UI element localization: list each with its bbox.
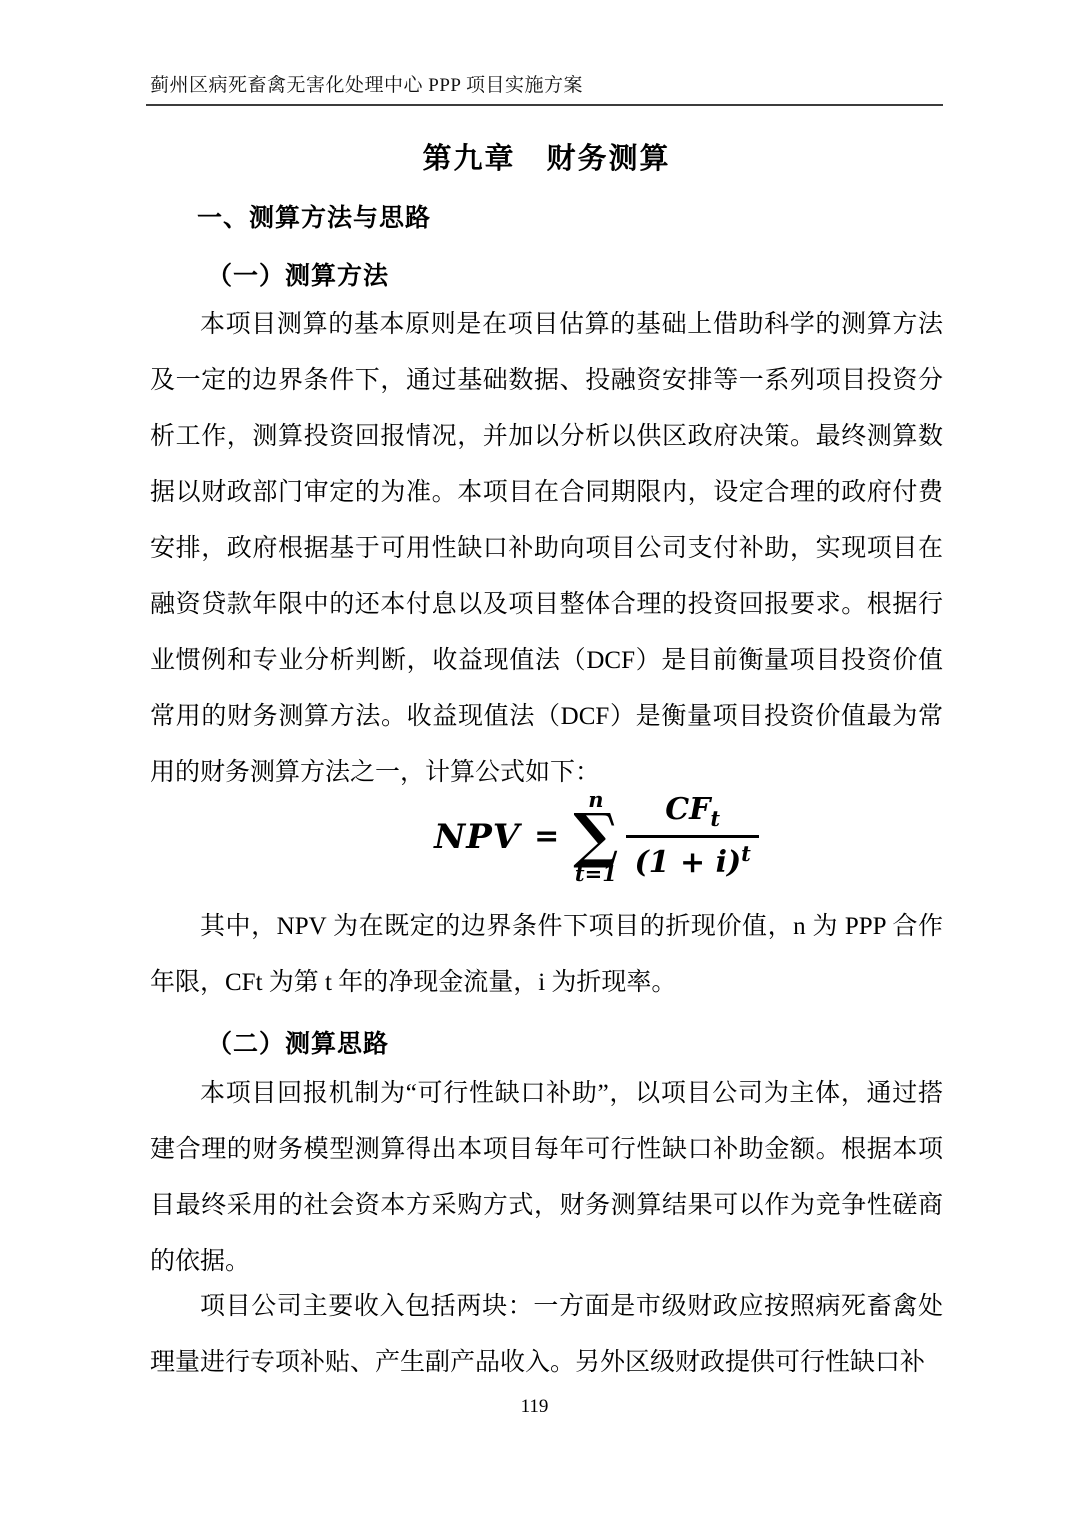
fraction-denominator: (1 + i)t: [626, 835, 758, 878]
body-paragraph-3: 本项目回报机制为“可行性缺口补助”，以项目公司为主体，通过搭建合理的财务模型测算…: [150, 1066, 943, 1290]
page-number: 119: [0, 1396, 1069, 1418]
sigma-symbol: ∑: [573, 811, 618, 862]
body-paragraph-2: 其中，NPV 为在既定的边界条件下项目的折现价值，n 为 PPP 合作年限，CF…: [150, 899, 943, 1011]
document-page: 蓟州区病死畜禽无害化处理中心 PPP 项目实施方案 第九章 财务测算 一、测算方…: [0, 0, 1069, 1514]
body-paragraph-4: 项目公司主要收入包括两块：一方面是市级财政应按照病死畜禽处理量进行专项补贴、产生…: [150, 1279, 943, 1391]
subsection-heading-1: （一）测算方法: [150, 256, 1000, 292]
header-title: 蓟州区病死畜禽无害化处理中心 PPP 项目实施方案: [146, 70, 943, 97]
npv-formula: NPV = n ∑ t=1 CFt (1 + i)t: [150, 788, 943, 885]
subsection-heading-2: （二）测算思路: [150, 1024, 1000, 1060]
numerator-base: CF: [665, 792, 710, 827]
formula-equals: =: [534, 819, 559, 854]
body-paragraph-1: 本项目测算的基本原则是在项目估算的基础上借助科学的测算方法及一定的边界条件下，通…: [150, 297, 943, 801]
section-heading-1: 一、测算方法与思路: [150, 198, 990, 234]
formula-lhs: NPV: [434, 817, 520, 857]
formula-fraction: CFt (1 + i)t: [626, 795, 758, 878]
numerator-subscript: t: [710, 806, 720, 831]
denominator-superscript: t: [741, 841, 751, 866]
summation-lower-limit: t=1: [575, 862, 617, 885]
formula-summation: n ∑ t=1: [573, 788, 618, 885]
chapter-title: 第九章 财务测算: [150, 136, 943, 177]
denominator-base: (1 + i): [634, 845, 741, 880]
page-header: 蓟州区病死畜禽无害化处理中心 PPP 项目实施方案: [146, 70, 943, 106]
fraction-numerator: CFt: [653, 795, 732, 835]
